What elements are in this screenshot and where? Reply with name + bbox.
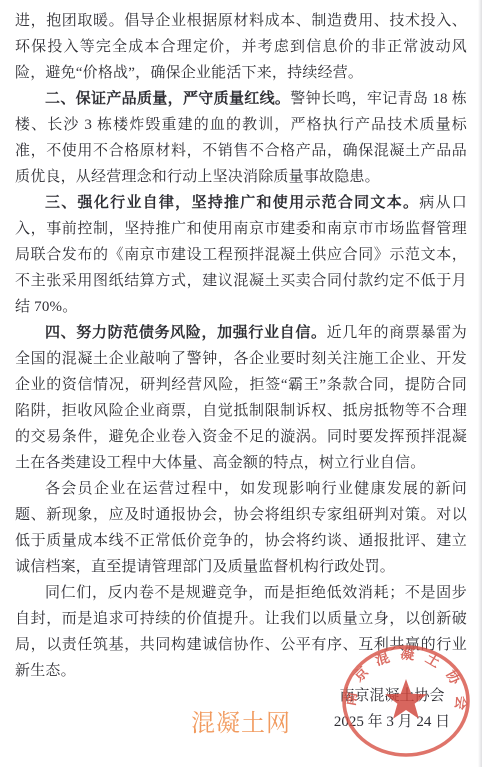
watermark-text: 混凝土网 [191, 709, 291, 739]
signature-date: 2025 年 3 月 24 日 [322, 709, 462, 735]
paragraph-text: 进，抱团取暖。倡导企业根据原材料成本、制造费用、技术投入、环保投入等完全成本合理… [15, 13, 467, 81]
signature-org-name: 南京混凝土协会 [322, 683, 462, 709]
paragraph-continuation: 进，抱团取暖。倡导企业根据原材料成本、制造费用、技术投入、环保投入等完全成本合理… [15, 8, 467, 86]
paragraph-text: 病从口入，事前控制，坚持推广和使用南京市建委和南京市市场监督管理局联合发布的《南… [15, 195, 467, 315]
paragraph-heading: 二、保证产品质量，严守质量红线。 [45, 91, 290, 107]
paragraph-item-4: 四、努力防范债务风险，加强行业自信。近几年的商票暴雷为全国的混凝土企业敲响了警钟… [15, 320, 467, 476]
paragraph-closing-appeal: 同仁们，反内卷不是规避竞争，而是拒绝低效消耗；不是固步自封，而是追求可持续的价值… [15, 580, 467, 684]
paragraph-heading: 三、强化行业自律，坚持推广和使用示范合同文本。 [45, 195, 419, 211]
paragraph-item-3: 三、强化行业自律，坚持推广和使用示范合同文本。病从口入，事前控制，坚持推广和使用… [15, 190, 467, 320]
paragraph-members: 各会员企业在运营过程中，如发现影响行业健康发展的新问题、新现象，应及时通报协会，… [15, 476, 467, 580]
paragraph-text: 近几年的商票暴雷为全国的混凝土企业敲响了警钟，各企业要时刻关注施工企业、开发企业… [15, 325, 467, 471]
closing-block: 南京混凝土协会 2025 年 3 月 24 日 [322, 683, 462, 735]
scanned-letter-page: 进，抱团取暖。倡导企业根据原材料成本、制造费用、技术投入、环保投入等完全成本合理… [0, 0, 482, 767]
paragraph-text: 同仁们，反内卷不是规避竞争，而是拒绝低效消耗；不是固步自封，而是追求可持续的价值… [15, 585, 467, 679]
letter-body: 进，抱团取暖。倡导企业根据原材料成本、制造费用、技术投入、环保投入等完全成本合理… [15, 8, 467, 684]
paragraph-heading: 四、努力防范债务风险，加强行业自信。 [45, 325, 327, 341]
paragraph-item-2: 二、保证产品质量，严守质量红线。警钟长鸣，牢记青岛 18 栋楼、长沙 3 栋楼炸… [15, 86, 467, 190]
paragraph-text: 各会员企业在运营过程中，如发现影响行业健康发展的新问题、新现象，应及时通报协会，… [15, 481, 467, 575]
